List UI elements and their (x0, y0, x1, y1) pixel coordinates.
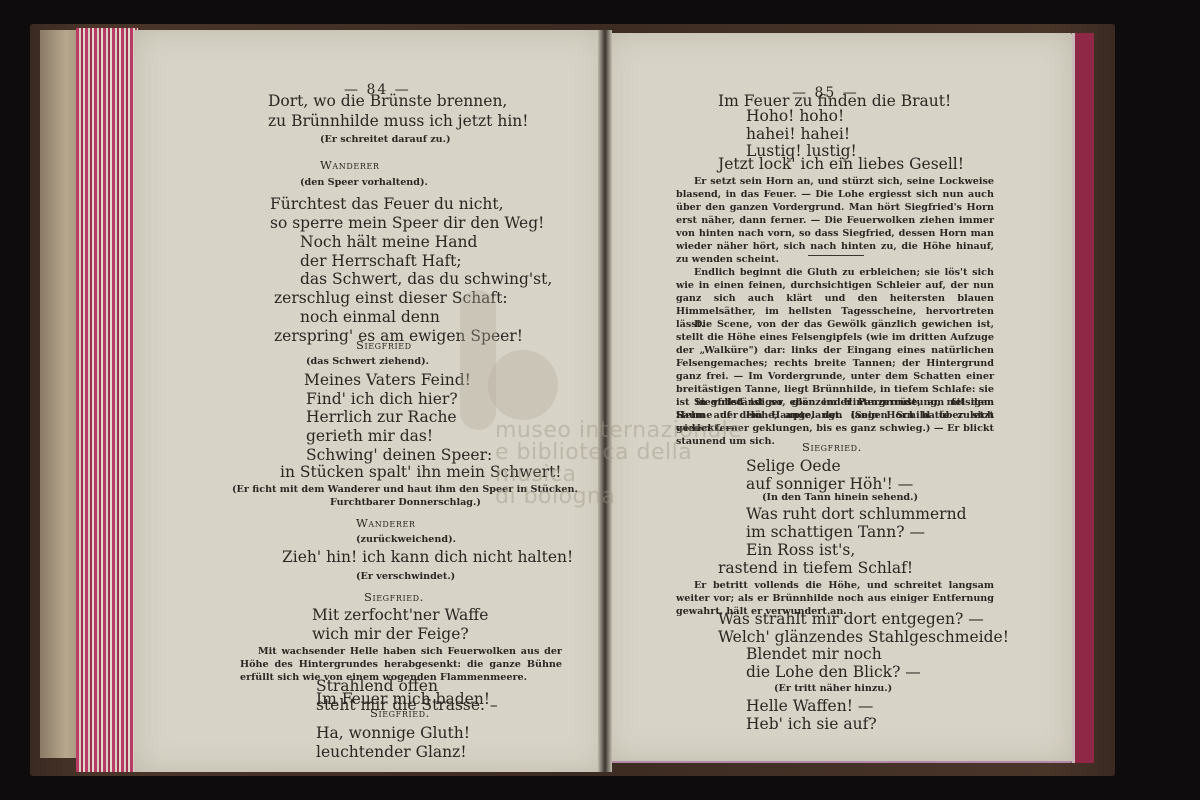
verse-line: noch einmal denn (300, 308, 440, 326)
section-divider (808, 255, 864, 256)
book-gutter (598, 30, 612, 772)
verse-line: Jetzt lock' ich ein liebes Gesell! (718, 155, 964, 173)
verse-line: auf sonniger Höh'! — (746, 475, 913, 493)
stage-direction: (Er schreitet darauf zu.) (320, 134, 451, 145)
watermark-line: museo internazionale (495, 420, 755, 442)
speaker-name: Wanderer (320, 158, 380, 172)
watermark: museo internazionale e biblioteca della … (495, 420, 755, 508)
speaker-name: Siegfried (356, 338, 412, 352)
verse-line: im schattigen Tann? — (746, 523, 925, 541)
verse-line: Herrlich zur Rache (306, 408, 457, 426)
right-page: — 85 — Im Feuer zu finden die Braut! Hoh… (606, 33, 1072, 763)
verse-line: so sperre mein Speer dir den Weg! (270, 214, 544, 232)
verse-line: Selige Oede (746, 457, 841, 475)
verse-line: gerieth mir das! (306, 427, 433, 445)
stage-direction: (zurückweichend). (356, 534, 456, 545)
verse-line: Was ruht dort schlummernd (746, 505, 967, 523)
left-page-edges (76, 28, 138, 772)
verse-line: das Schwert, das du schwing'st, (300, 270, 552, 288)
verse-line: Zieh' hin! ich kann dich nicht halten! (282, 548, 573, 566)
verse-line: Ha, wonnige Gluth! (316, 724, 470, 742)
stage-direction: (Er tritt näher hinzu.) (774, 683, 892, 694)
right-page-edges (1072, 33, 1094, 763)
watermark-line: di bologna (495, 486, 755, 508)
stage-direction: (das Schwert ziehend). (306, 356, 429, 367)
watermark-line: e biblioteca della musica (495, 442, 755, 486)
verse-line: Welch' glänzendes Stahlgeschmeide! (718, 628, 1009, 646)
verse-line: Mit zerfocht'ner Waffe (312, 606, 488, 624)
verse-line: Heb' ich sie auf? (746, 715, 877, 733)
verse-line: rastend in tiefem Schlaf! (718, 559, 913, 577)
verse-line: Meines Vaters Feind! (304, 371, 471, 389)
stage-direction-paragraph: Er setzt sein Horn an, und stürzt sich, … (676, 175, 994, 266)
stage-direction: (In den Tann hinein sehend.) (762, 492, 918, 503)
watermark-logo-icon (460, 290, 570, 430)
verse-line: zu Brünnhilde muss ich jetzt hin! (268, 112, 529, 130)
verse-line: Was strahlt mir dort entgegen? — (718, 610, 984, 628)
verse-line: Helle Waffen! — (746, 697, 873, 715)
verse-line: Im Feuer mich baden! (316, 690, 490, 708)
verse-line: wich mir der Feige? (312, 625, 469, 643)
verse-line: Blendet mir noch (746, 645, 882, 663)
verse-line: Fürchtest das Feuer du nicht, (270, 195, 504, 213)
verse-line: Dort, wo die Brünste brennen, (268, 92, 507, 110)
speaker-name: Siegfried. (364, 590, 424, 604)
verse-line: hahei! hahei! (746, 125, 850, 143)
verse-line: Noch hält meine Hand (300, 233, 477, 251)
verse-line: die Lohe den Blick? — (746, 663, 921, 681)
verse-line: Hoho! hoho! (746, 107, 844, 125)
verse-line: der Herrschaft Haft; (300, 252, 462, 270)
verse-line: Schwing' deinen Speer: (306, 446, 492, 464)
verse-line: Find' ich dich hier? (306, 390, 458, 408)
speaker-name: Siegfried. (802, 440, 862, 454)
stage-direction: (den Speer vorhaltend). (300, 177, 428, 188)
stage-direction: (Er verschwindet.) (356, 571, 455, 582)
verse-line: leuchtender Glanz! (316, 743, 467, 761)
verse-line: Ein Ross ist's, (746, 541, 855, 559)
stage-direction: Furchtbarer Donnerschlag.) (330, 497, 481, 508)
speaker-name: Wanderer (356, 516, 416, 530)
